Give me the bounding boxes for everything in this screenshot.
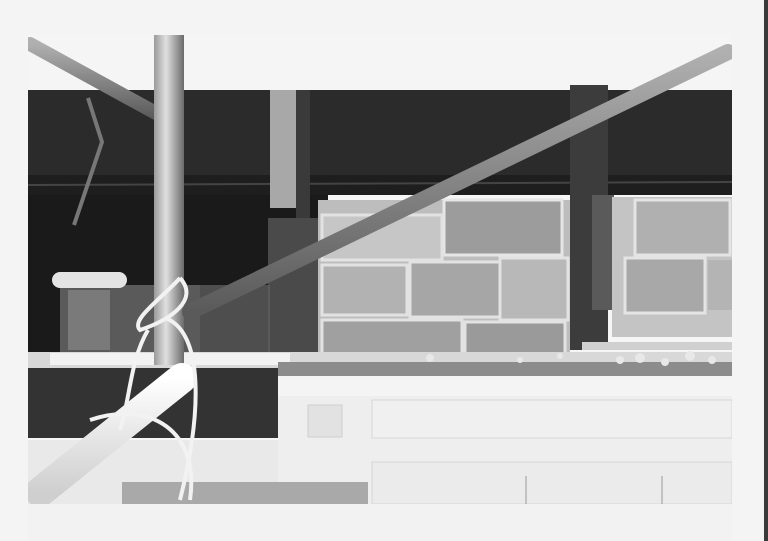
soffit <box>28 35 732 93</box>
tool-handle <box>52 272 127 288</box>
photo-print <box>0 0 768 541</box>
photograph <box>0 0 768 541</box>
